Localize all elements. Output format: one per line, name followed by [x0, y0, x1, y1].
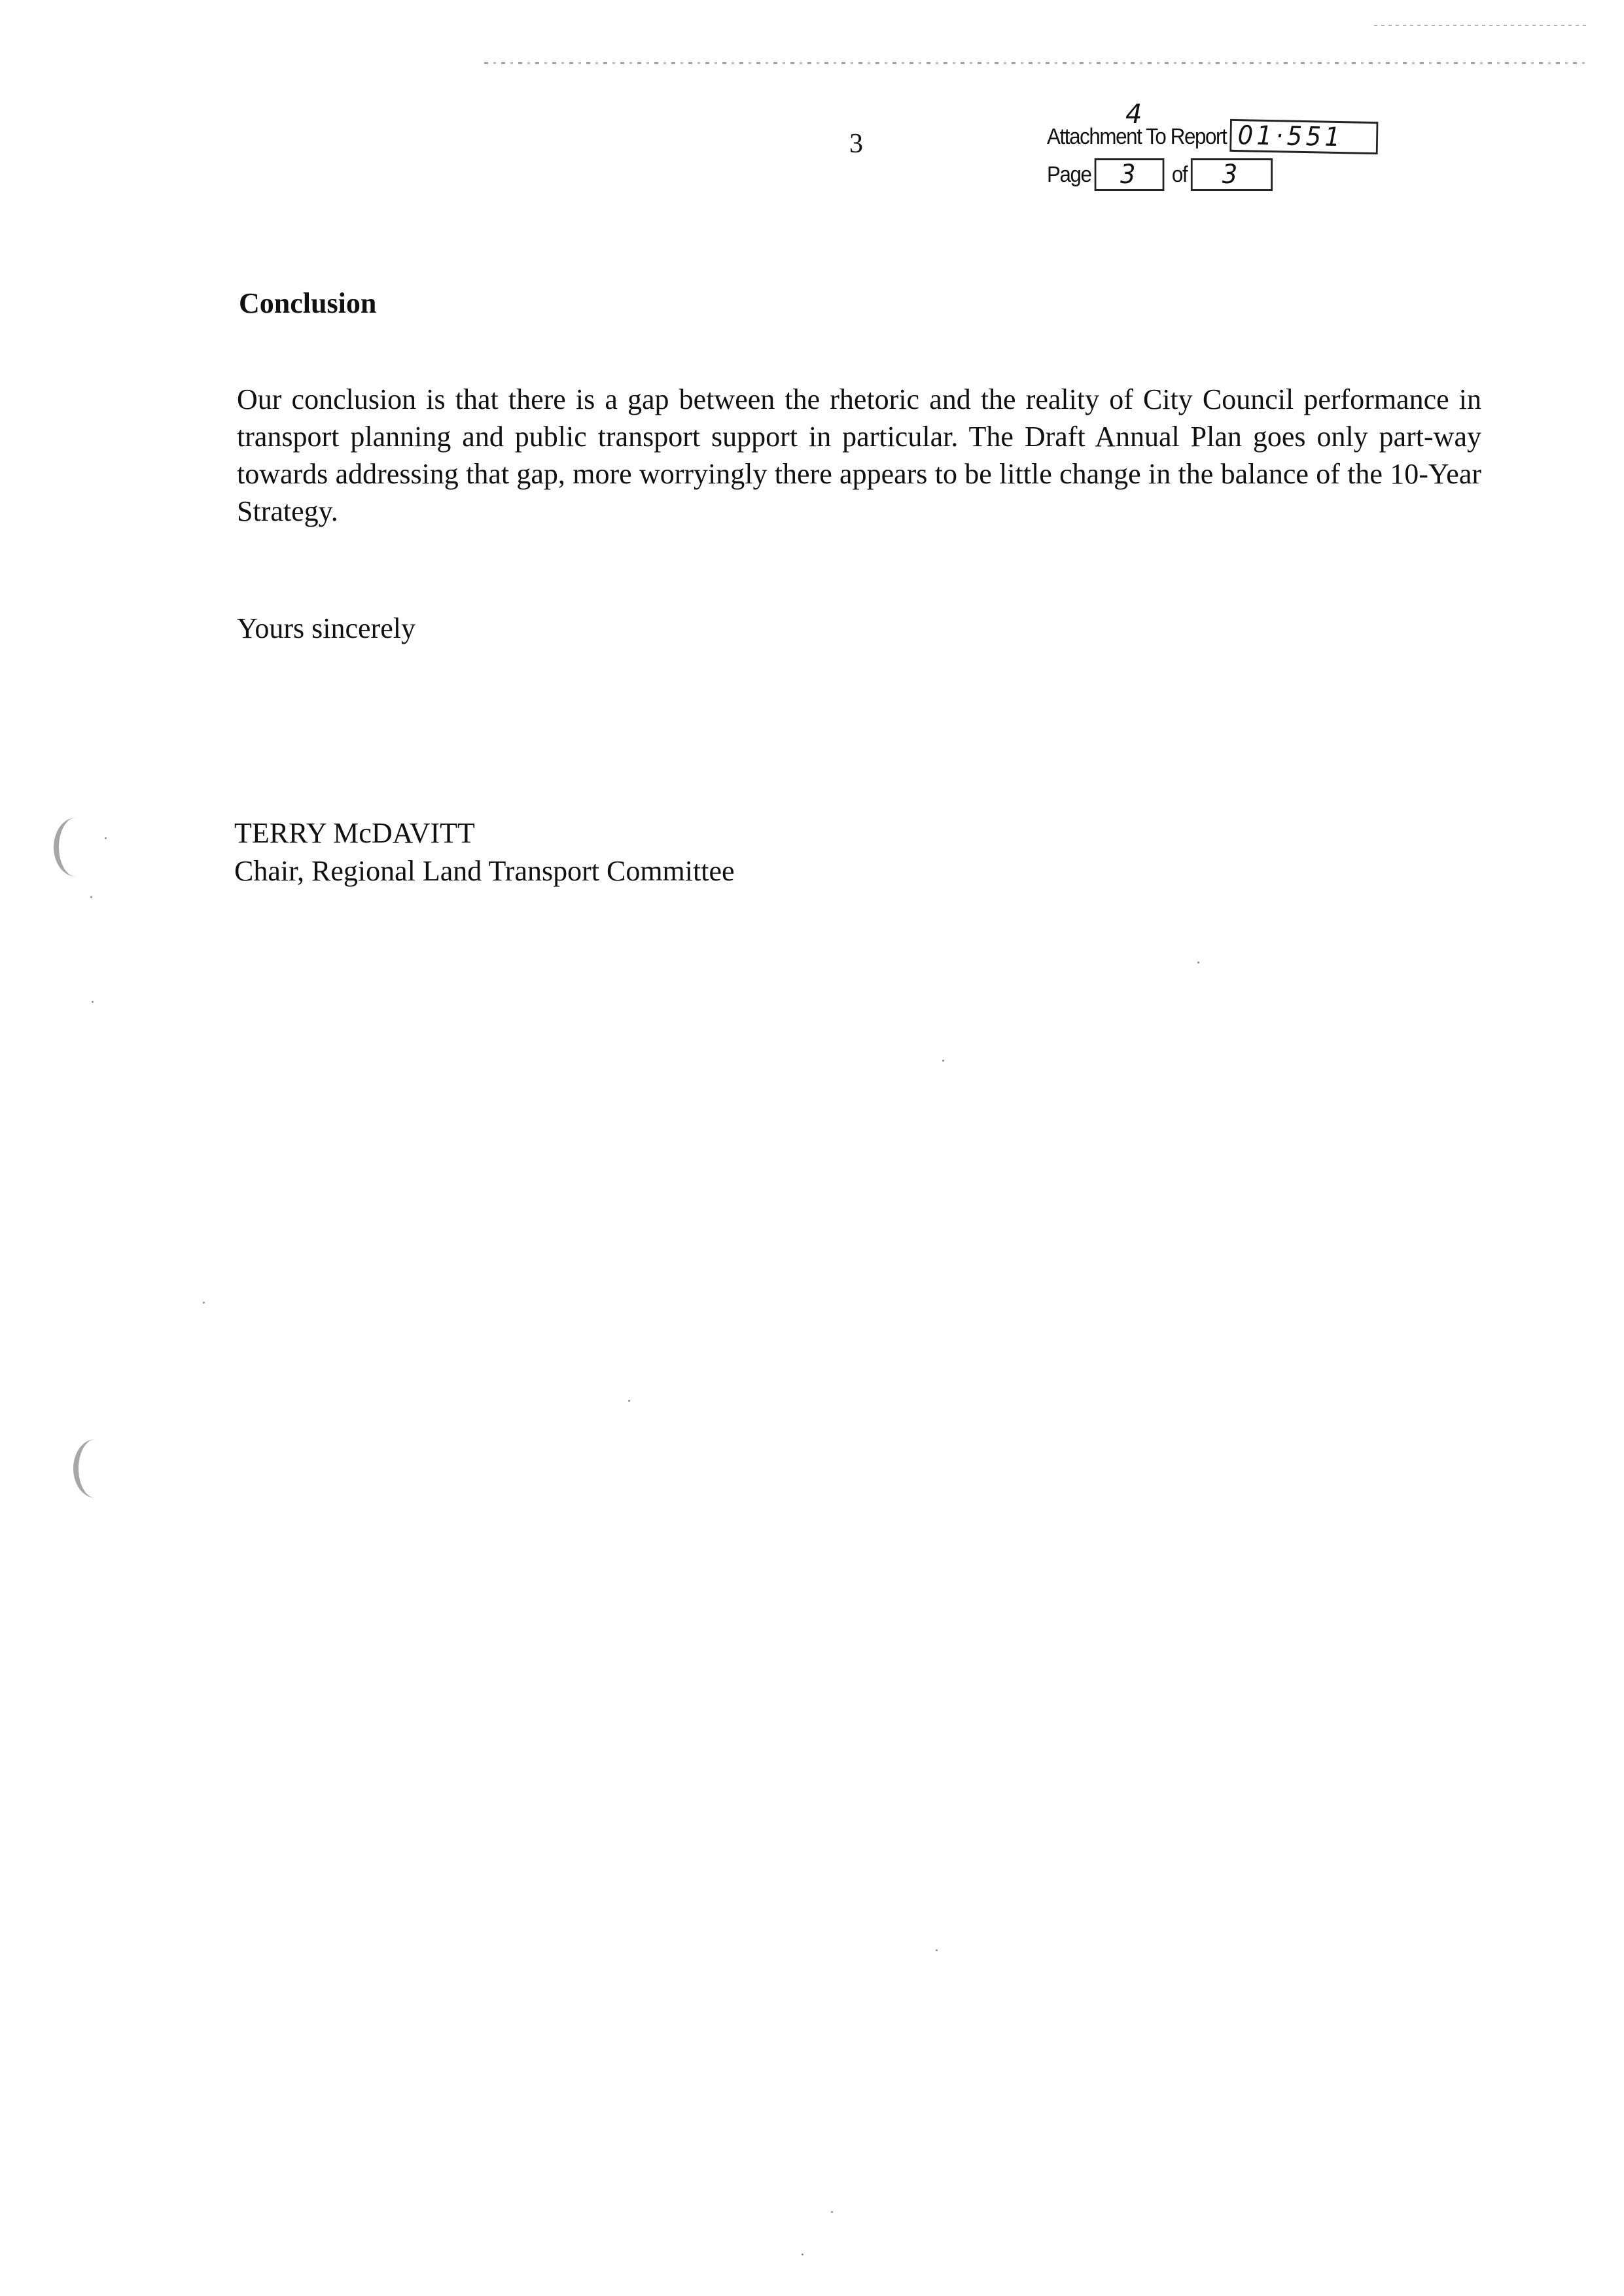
- page-number: 3: [849, 128, 863, 160]
- of-label: of: [1172, 162, 1187, 188]
- punch-hole-mark: [54, 818, 98, 877]
- scan-speck: [92, 1001, 94, 1003]
- scan-speck: [802, 2253, 803, 2255]
- scan-artifact-line: [484, 62, 1590, 64]
- closing-salutation: Yours sincerely: [237, 612, 415, 645]
- scan-speck: [628, 1400, 630, 1402]
- scan-speck: [90, 896, 92, 898]
- page-value-box: 3: [1095, 158, 1165, 191]
- signatory-name: TERRY McDAVITT: [234, 816, 475, 850]
- body-paragraph: Our conclusion is that there is a gap be…: [237, 381, 1481, 530]
- signatory-title: Chair, Regional Land Transport Committee: [234, 854, 735, 888]
- scan-speck: [831, 2211, 833, 2213]
- stamp-page-row: Page 3 of 3: [1047, 156, 1378, 194]
- punch-hole-mark: [73, 1439, 118, 1498]
- scan-speck: [1197, 962, 1199, 964]
- of-value-box: 3: [1191, 158, 1273, 191]
- scan-speck: [942, 1060, 944, 1062]
- scan-speck: [936, 1949, 938, 1951]
- attachment-label: Attachment To Report: [1047, 124, 1226, 150]
- page-label: Page: [1047, 162, 1091, 188]
- scan-artifact-line: [1374, 25, 1590, 26]
- attachment-stamp: Attachment To Report 01·551 Page 3 of 3: [1047, 118, 1378, 194]
- scan-speck: [105, 837, 107, 839]
- report-number-box: 01·551: [1229, 119, 1378, 154]
- section-heading: Conclusion: [239, 287, 376, 320]
- stamp-report-row: Attachment To Report 01·551: [1047, 118, 1378, 156]
- scan-speck: [203, 1302, 205, 1304]
